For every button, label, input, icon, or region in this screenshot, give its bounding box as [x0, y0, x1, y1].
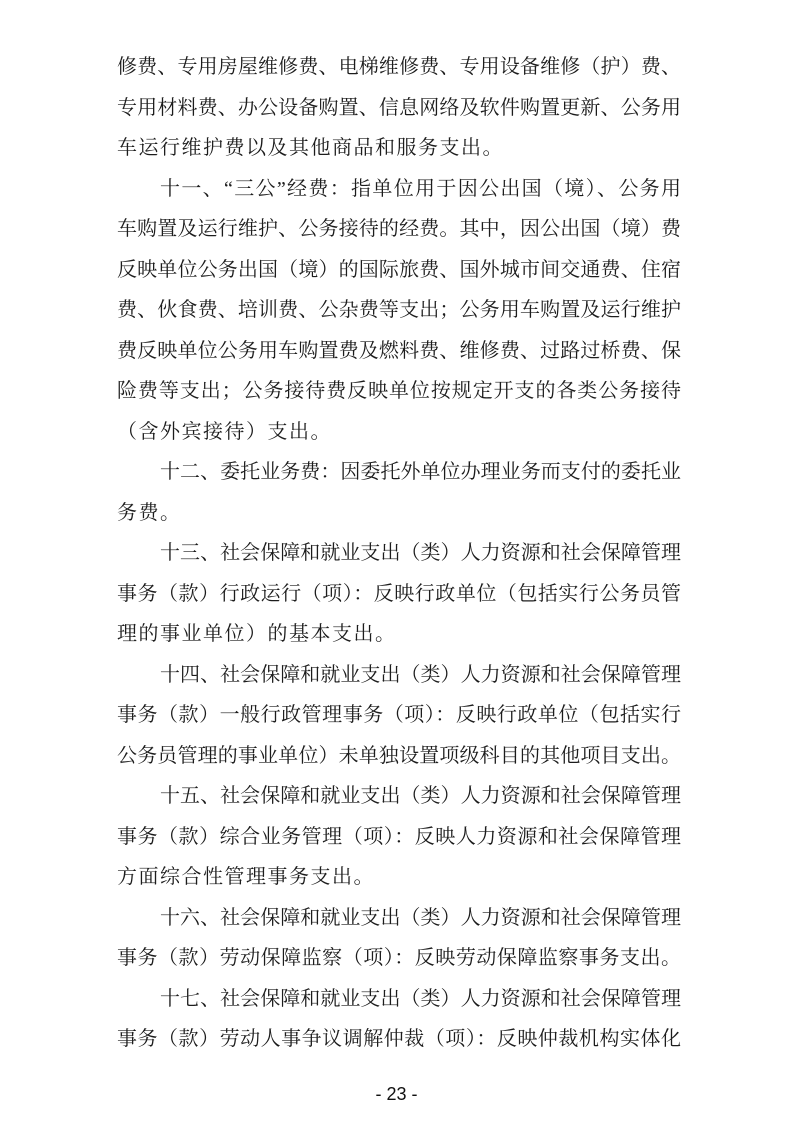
paragraph-first-line: 十一、“三公”经费：指单位用于因公出国（境）、公务用 — [117, 169, 681, 210]
document-body: 修费、专用房屋维修费、电梯维修费、专用设备维修（护）费、专用材料费、办公设备购置… — [117, 47, 681, 1060]
text-line: 事务（款）劳动人事争议调解仲裁（项）：反映仲裁机构实体化 — [117, 1019, 681, 1060]
text-line: 公务员管理的事业单位）未单独设置项级科目的其他项目支出。 — [117, 736, 681, 777]
document-page: 修费、专用房屋维修费、电梯维修费、专用设备维修（护）费、专用材料费、办公设备购置… — [0, 0, 793, 1122]
text-line: 车运行维护费以及其他商品和服务支出。 — [117, 128, 681, 169]
text-line: 反映单位公务出国（境）的国际旅费、国外城市间交通费、住宿 — [117, 250, 681, 291]
paragraph-first-line: 十六、社会保障和就业支出（类）人力资源和社会保障管理 — [117, 898, 681, 939]
text-line: 事务（款）一般行政管理事务（项）：反映行政单位（包括实行 — [117, 695, 681, 736]
text-line: （含外宾接待）支出。 — [117, 412, 681, 453]
text-line: 费、伙食费、培训费、公杂费等支出；公务用车购置及运行维护 — [117, 290, 681, 331]
text-line: 专用材料费、办公设备购置、信息网络及软件购置更新、公务用 — [117, 88, 681, 129]
text-line: 务费。 — [117, 493, 681, 534]
text-line: 方面综合性管理事务支出。 — [117, 857, 681, 898]
page-number: - 23 - — [0, 1083, 793, 1105]
text-line: 费反映单位公务用车购置费及燃料费、维修费、过路过桥费、保 — [117, 331, 681, 372]
text-line: 事务（款）综合业务管理（项）：反映人力资源和社会保障管理 — [117, 817, 681, 858]
text-line: 事务（款）劳动保障监察（项）：反映劳动保障监察事务支出。 — [117, 938, 681, 979]
text-line: 车购置及运行维护、公务接待的经费。其中，因公出国（境）费 — [117, 209, 681, 250]
paragraph-first-line: 十四、社会保障和就业支出（类）人力资源和社会保障管理 — [117, 655, 681, 696]
paragraph-first-line: 十三、社会保障和就业支出（类）人力资源和社会保障管理 — [117, 533, 681, 574]
paragraph-first-line: 十二、委托业务费：因委托外单位办理业务而支付的委托业 — [117, 452, 681, 493]
text-line: 险费等支出；公务接待费反映单位按规定开支的各类公务接待 — [117, 371, 681, 412]
text-line: 事务（款）行政运行（项）：反映行政单位（包括实行公务员管 — [117, 574, 681, 615]
paragraph-first-line: 十五、社会保障和就业支出（类）人力资源和社会保障管理 — [117, 776, 681, 817]
text-line: 理的事业单位）的基本支出。 — [117, 614, 681, 655]
text-line: 修费、专用房屋维修费、电梯维修费、专用设备维修（护）费、 — [117, 47, 681, 88]
paragraph-first-line: 十七、社会保障和就业支出（类）人力资源和社会保障管理 — [117, 979, 681, 1020]
